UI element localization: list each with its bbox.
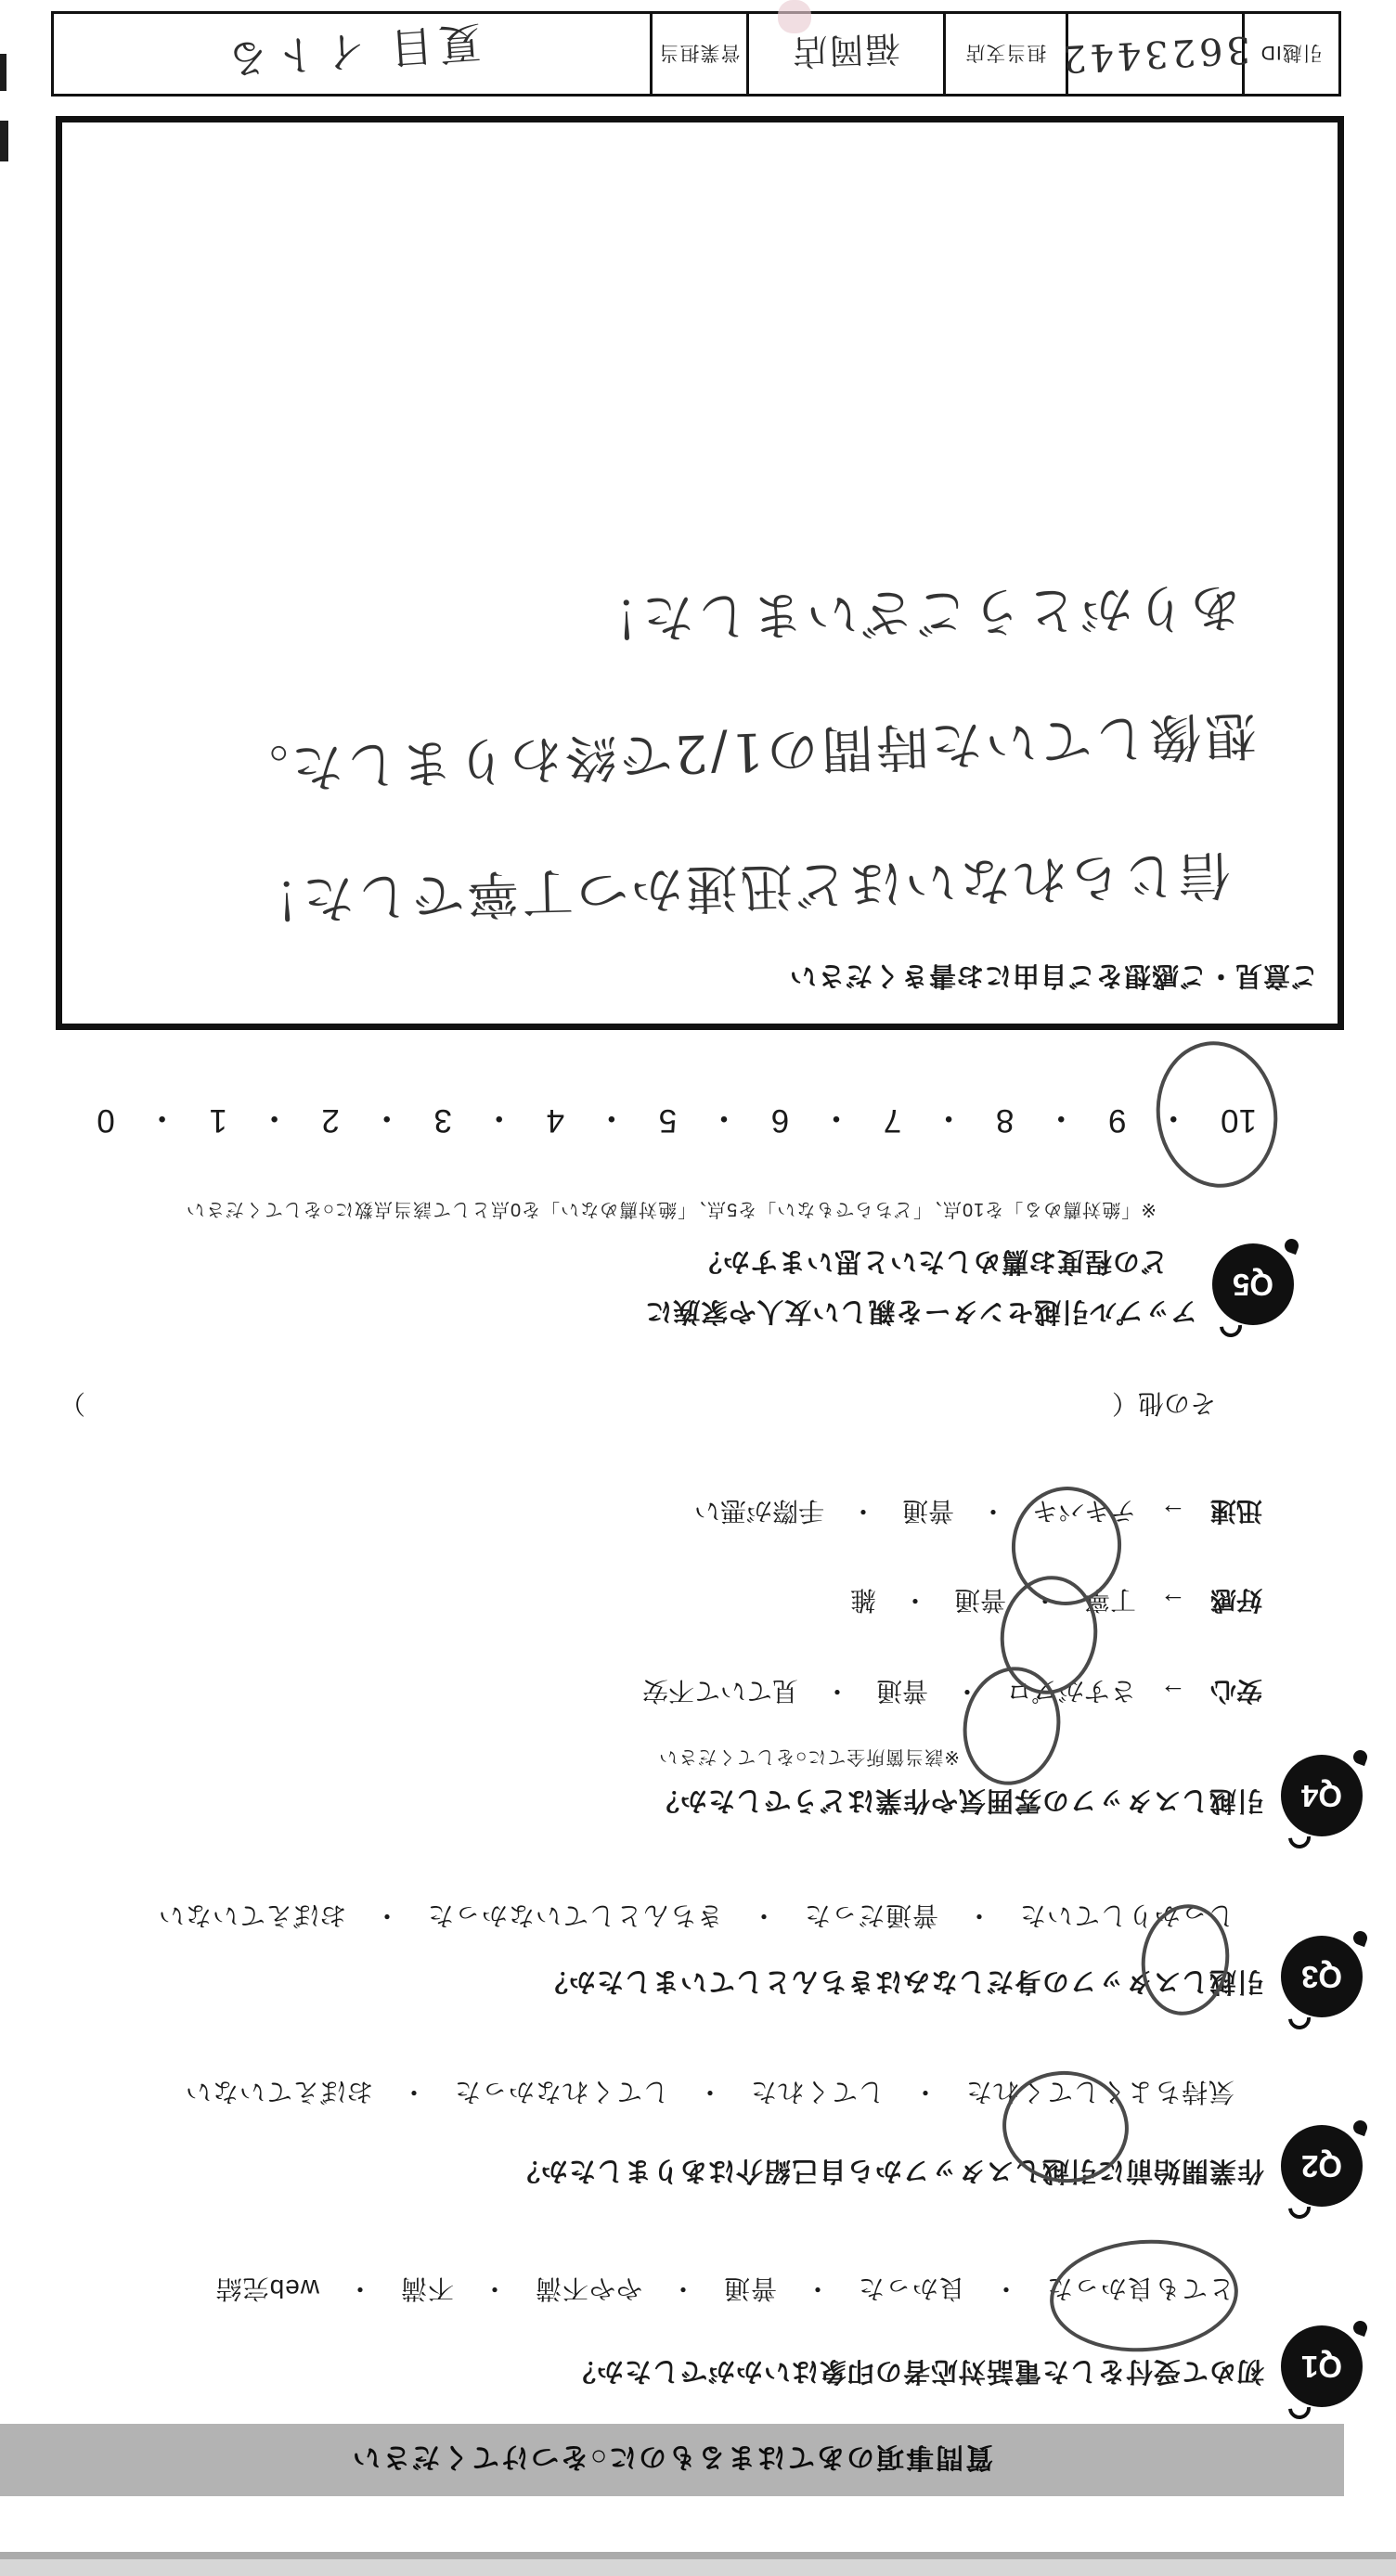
q5-score-scale: 10・9・8・7・6・5・4・3・2・1・0	[97, 1097, 1257, 1143]
q4-other-label: その他（	[1112, 1386, 1216, 1423]
q2-badge: Q2	[1281, 2125, 1363, 2207]
q5-badge: Q5	[1212, 1243, 1294, 1325]
scanned-survey-page: 質問事項のあてはまるものに○をつけてください Q1 初めて受付をした電話対応者の…	[0, 0, 1396, 2576]
score-separator: ・	[595, 1097, 627, 1143]
score-separator: ・	[707, 1097, 740, 1143]
q1-badge: Q1	[1281, 2325, 1363, 2407]
score-separator: ・	[258, 1097, 291, 1143]
score-separator: ・	[1045, 1097, 1078, 1143]
q2-question-text: 作業開始前に引越しスタッフから自己紹介はありましたか？	[512, 2154, 1264, 2192]
q4-note: ※該当箇所全てに○をしてください	[658, 1745, 960, 1772]
branch-label: 担当支店	[964, 40, 1046, 68]
score-option-0: 0	[97, 1101, 114, 1139]
q5-badge-label: Q5	[1233, 1267, 1273, 1302]
q4-badge-label: Q4	[1301, 1778, 1342, 1813]
staff-info-table: 引越ID 3623442 担当支店 福岡店 営業担当 夏目 イトる	[51, 11, 1341, 97]
q2-badge-label: Q2	[1301, 2148, 1342, 2183]
scan-edge-strip	[0, 2559, 1396, 2576]
q1-question-text: 初めて受付をした電話対応者の印象はいかがでしたか？	[568, 2354, 1264, 2392]
branch-value: 福岡店	[791, 26, 901, 81]
branch-value-cell: 福岡店	[746, 14, 943, 94]
moving-id-label: 引越ID	[1260, 40, 1323, 68]
q4-row-anshin: 安心 → さすがプロ ・ 普通 ・ 見ていて不安	[642, 1674, 1262, 1711]
scan-artifact-mark	[0, 121, 8, 161]
score-option-2: 2	[321, 1101, 339, 1139]
score-option-8: 8	[996, 1101, 1014, 1139]
scan-smudge	[778, 0, 811, 33]
comment-box-header: ご意見・ご感想をご自由にお書きください	[789, 959, 1318, 997]
survey-title-text: 質問事項のあてはまるものに○をつけてください	[351, 2440, 993, 2480]
sales-rep-signature-cell: 夏目 イトる	[54, 14, 650, 94]
q4-row-kokan-arrow-icon: →	[1160, 1587, 1186, 1616]
sales-rep-label-cell: 営業担当	[650, 14, 746, 94]
q4-row-kokan-label: 好感	[1210, 1583, 1262, 1620]
score-option-3: 3	[434, 1101, 452, 1139]
q4-row-jinsoku: 迅速 → テキパキ ・ 普通 ・ 手際が悪い	[694, 1494, 1262, 1531]
score-option-5: 5	[659, 1101, 677, 1139]
q4-row-jinsoku-arrow-icon: →	[1160, 1498, 1186, 1527]
scan-artifact-mark	[0, 54, 6, 91]
q4-question-text: 引越しスタッフの雰囲気や作業はどうでしたか？	[652, 1784, 1264, 1822]
handwritten-comment-line-3: ありがとうございました！	[584, 573, 1242, 659]
q3-badge: Q3	[1281, 1936, 1363, 2017]
score-separator: ・	[483, 1097, 515, 1143]
score-separator: ・	[146, 1097, 178, 1143]
scan-edge-line	[0, 2552, 1396, 2559]
score-option-9: 9	[1108, 1101, 1126, 1139]
q5-question-line1: アップル引越センターを親しい友人や家族に	[644, 1294, 1197, 1333]
sales-rep-label: 営業担当	[659, 40, 741, 68]
q5-note: ※「絶対薦める」を10点、「どちらでもない」を5点、「絶対薦めない」を0点として…	[186, 1198, 1157, 1225]
q1-badge-label: Q1	[1301, 2349, 1342, 2384]
moving-id-value-cell: 3623442	[1066, 14, 1242, 94]
q4-row-anshin-label: 安心	[1210, 1674, 1262, 1711]
q5-score-circle	[1147, 1034, 1287, 1196]
score-separator: ・	[370, 1097, 403, 1143]
q3-badge-label: Q3	[1301, 1959, 1342, 1994]
q4-badge: Q4	[1281, 1755, 1363, 1836]
score-option-7: 7	[884, 1101, 901, 1139]
score-option-6: 6	[771, 1101, 789, 1139]
score-separator: ・	[933, 1097, 965, 1143]
q4-row-anshin-arrow-icon: →	[1160, 1678, 1186, 1707]
sales-rep-signature: 夏目 イトる	[220, 14, 485, 93]
survey-title-bar: 質問事項のあてはまるものに○をつけてください	[0, 2424, 1344, 2496]
q5-question-line2: どの程度お薦めしたいと思いますか？	[694, 1244, 1168, 1282]
q3-options: しっかりしていた ・ 普通だった ・ きちんとしていなかった ・ おぼえていない	[158, 1899, 1234, 1936]
moving-id-label-cell: 引越ID	[1242, 14, 1338, 94]
q4-row-jinsoku-label: 迅速	[1210, 1494, 1262, 1531]
score-option-1: 1	[209, 1101, 226, 1139]
branch-label-cell: 担当支店	[943, 14, 1065, 94]
score-separator: ・	[821, 1097, 853, 1143]
moving-id-value: 3623442	[1058, 28, 1251, 81]
score-option-4: 4	[547, 1101, 564, 1139]
q4-other-close-paren: ）	[59, 1386, 85, 1423]
q1-answer-circle	[1046, 2234, 1242, 2358]
